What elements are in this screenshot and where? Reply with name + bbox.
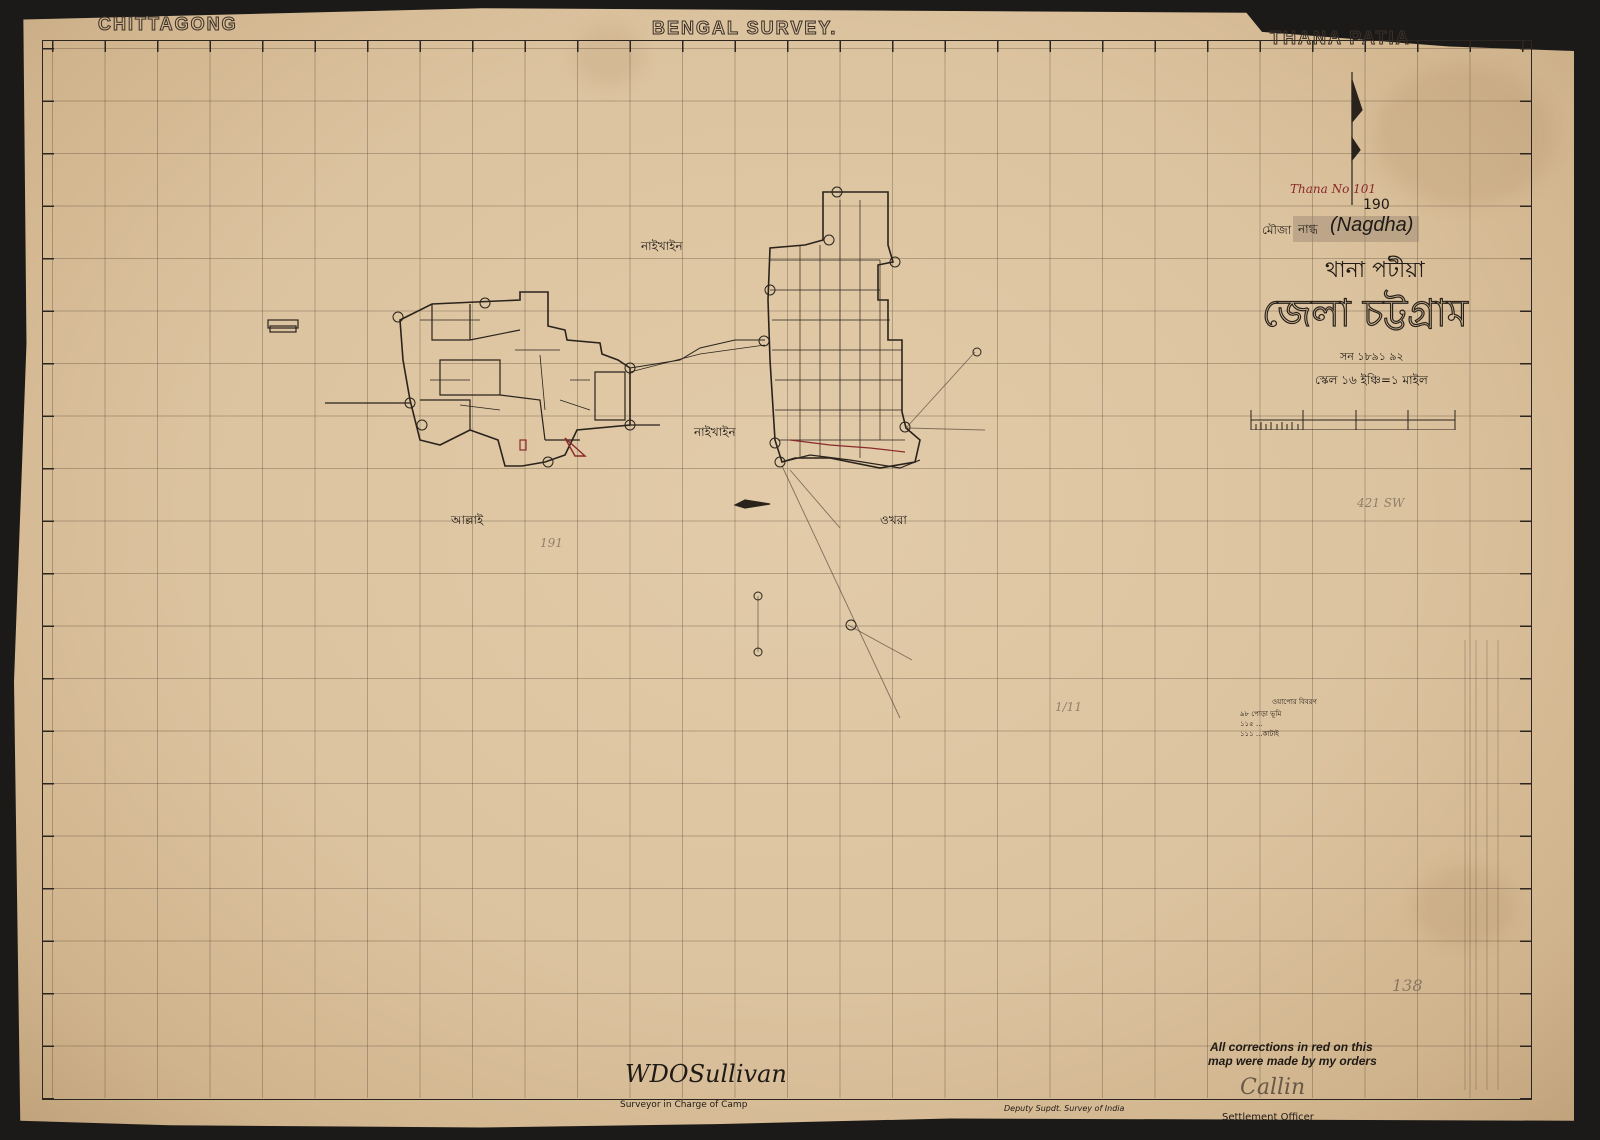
surveyor-label: Surveyor in Charge of Camp: [620, 1100, 747, 1110]
village-label-southeast: ওখরা: [880, 512, 907, 532]
mouza-name-english: (Nagdha): [1330, 214, 1413, 237]
settlement-officer-signature: Callin: [1240, 1075, 1305, 1100]
year-line: সন ১৮৯১ ৯২: [1340, 348, 1404, 367]
pencil-note: 421 SW: [1357, 496, 1404, 510]
scale-line: স্কেল ১৬ ইঞ্চি=১ মাইল: [1315, 372, 1428, 392]
mouza-label: মৌজা: [1262, 222, 1291, 242]
village-label-east: নাইখাইন: [694, 424, 736, 444]
corrections-note-line1: All corrections in red on this: [1210, 1040, 1373, 1054]
thana-number-note: Thana No 101: [1290, 182, 1376, 196]
pencil-note: 1/11: [1055, 700, 1082, 714]
corrections-note-line2: map were made by my orders: [1208, 1054, 1377, 1068]
village-label-north: নাইখাইন: [641, 238, 683, 258]
scale-bar: [1250, 410, 1456, 430]
legend-title: ওয়াপোর বিবরণ: [1272, 696, 1317, 708]
legend-item: ১১১ ...কাটাই: [1240, 728, 1279, 740]
surveyor-signature: WDOSullivan: [625, 1060, 787, 1088]
mouza-name-bengali: নাগ্ধ: [1298, 221, 1318, 241]
sheet-number: 190: [1363, 197, 1390, 213]
district-line: জেলা চট্টগ্রাম: [1262, 284, 1468, 348]
settlement-officer-label: Settlement Officer: [1222, 1112, 1314, 1123]
pencil-note: 138: [1392, 976, 1423, 995]
cadastral-plot-drawing: [0, 0, 1600, 1140]
deputy-superintendent-label: Deputy Supdt. Survey of India: [1004, 1104, 1124, 1113]
village-label-southwest: আল্লাই: [451, 512, 483, 532]
pencil-note: 191: [540, 536, 563, 550]
